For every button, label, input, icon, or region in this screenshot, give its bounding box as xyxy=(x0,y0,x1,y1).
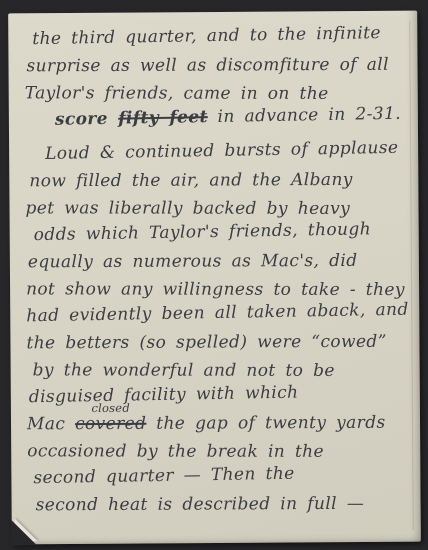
page-edge-crease xyxy=(409,21,414,530)
handwritten-text: by the wonderful and not to be xyxy=(33,360,335,381)
handwritten-text: equally as numerous as Mac's, did xyxy=(28,251,358,272)
handwritten-text: second heat is described in full — xyxy=(36,494,365,515)
manuscript-line: Loud & continued bursts of applause xyxy=(25,135,392,168)
manuscript-line: second quarter — Then the xyxy=(27,459,394,492)
struck-text: fifty feet xyxy=(118,107,208,129)
paragraph: Loud & continued bursts of applausenow f… xyxy=(25,139,395,520)
handwritten-text: odds which Taylor's friends, though xyxy=(34,219,372,245)
handwritten-text: surprise as well as discomfiture of all xyxy=(26,55,389,77)
handwritten-text: occasioned by the break in the xyxy=(27,441,324,462)
corner-cut xyxy=(11,519,37,545)
handwritten-text: pet was liberally backed by heavy xyxy=(25,198,350,219)
manuscript-line: had evidently been all taken aback, and xyxy=(26,297,393,330)
manuscript-line: odds which Taylor's friends, though xyxy=(25,216,392,249)
handwritten-text: Taylor's friends, came in on the xyxy=(25,83,329,104)
manuscript-line: Mac coveredclosed the gap of twenty yard… xyxy=(27,410,394,439)
manuscript-line: now filled the air, and the Albany xyxy=(25,167,392,196)
handwritten-text: score xyxy=(55,109,119,130)
manuscript-line: the third quarter, and to the infinite xyxy=(24,20,391,53)
handwritten-text: second quarter — Then the xyxy=(33,464,295,489)
manuscript-line: disguised facility with which xyxy=(27,378,394,411)
manuscript-line: the betters (so spelled) were “cowed” xyxy=(26,329,393,358)
handwritten-text: Loud & continued bursts of applause xyxy=(45,138,399,164)
manuscript-line: surprise as well as discomfiture of all xyxy=(24,52,391,81)
handwritten-text: had evidently been all taken aback, and xyxy=(26,300,409,327)
handwritten-text: the betters (so spelled) were “cowed” xyxy=(26,332,386,354)
manuscript-line: second heat is described in full — xyxy=(28,491,395,520)
handwritten-text: Mac xyxy=(27,414,75,434)
struck-text: coveredclosed xyxy=(75,411,146,438)
manuscript: the third quarter, and to the infinitesu… xyxy=(24,24,394,520)
handwritten-text: the gap of twenty yards xyxy=(146,413,385,434)
manuscript-line: score fifty feet in advance in 2-31. xyxy=(25,101,392,134)
photo-scene: the third quarter, and to the infinitesu… xyxy=(0,0,428,550)
handwritten-text: the third quarter, and to the infinite xyxy=(32,23,381,49)
manuscript-page: the third quarter, and to the infinitesu… xyxy=(8,11,421,545)
handwritten-text: in advance in 2-31. xyxy=(208,104,402,127)
paragraph: the third quarter, and to the infinitesu… xyxy=(24,24,392,135)
manuscript-line: equally as numerous as Mac's, did xyxy=(26,248,393,277)
handwritten-text: disguised facility with which xyxy=(29,383,299,408)
inserted-word: closed xyxy=(91,403,130,415)
handwritten-text: now filled the air, and the Albany xyxy=(29,170,353,191)
